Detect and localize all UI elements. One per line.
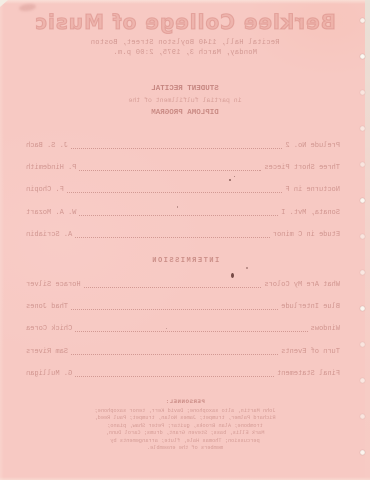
punch-hole xyxy=(360,306,365,311)
ink-speck xyxy=(229,179,231,181)
program-first-half: Prelude No. 2J. S. BachThree Short Piece… xyxy=(26,141,340,252)
program-row: WindowsChick Corea xyxy=(26,324,340,333)
punch-hole xyxy=(360,162,365,167)
program-second-half: What Are My ColorsHorace SilverBlue Inte… xyxy=(26,280,340,391)
personnel-line: percussion; Thomas Hale, flute; arrangem… xyxy=(70,438,300,445)
program-row: Etude in C minorA. Scriabin xyxy=(26,230,340,239)
personnel-line: John Martin, alto saxophone; David Kerr,… xyxy=(70,408,300,415)
punch-hole xyxy=(360,126,365,131)
punch-hole xyxy=(360,342,365,347)
ink-speck xyxy=(177,206,178,208)
punch-hole xyxy=(360,270,365,275)
program-row: Three Short PiecesP. Hindemith xyxy=(26,163,340,172)
piece-label: Three Short Pieces xyxy=(264,164,340,172)
dotted-leader xyxy=(75,376,274,377)
recital-header-line3: DIPLOMA PROGRAM xyxy=(0,109,370,117)
program-row: Blue InterludeThad Jones xyxy=(26,302,340,311)
personnel-heading: PERSONNEL: xyxy=(70,398,300,405)
program-row: Nocturne in FF. Chopin xyxy=(26,185,340,194)
piece-label: Blue Interlude xyxy=(281,303,340,311)
composer-label: W. A. Mozart xyxy=(26,209,76,217)
dotted-leader xyxy=(67,192,283,193)
punch-hole xyxy=(360,90,365,95)
dotted-leader xyxy=(71,148,282,149)
program-row: Final StatementG. Mulligan xyxy=(26,369,340,378)
punch-hole xyxy=(360,378,365,383)
punch-hole xyxy=(360,450,365,455)
piece-label: Turn of Events xyxy=(281,348,340,356)
ink-speck xyxy=(231,273,234,278)
program-row: Sonata, Mvt. IW. A. Mozart xyxy=(26,208,340,217)
punch-hole xyxy=(360,18,365,23)
piece-label: Prelude No. 2 xyxy=(285,142,340,150)
dotted-leader xyxy=(75,237,270,238)
program-row: What Are My ColorsHorace Silver xyxy=(26,280,340,289)
composer-label: A. Scriabin xyxy=(26,231,72,239)
ink-speck xyxy=(166,328,167,329)
mirrored-bleed-through-layer: Berklee College of Music Recital Hall, 1… xyxy=(0,0,370,480)
ink-speck xyxy=(246,267,248,269)
program-row: Turn of EventsSam Rivers xyxy=(26,347,340,356)
dotted-leader xyxy=(71,309,278,310)
personnel-block: PERSONNEL: John Martin, alto saxophone; … xyxy=(70,398,300,452)
personnel-line: Richard Palmer, trumpet; James Nolan, tr… xyxy=(70,415,300,422)
recital-header-line1: STUDENT RECITAL xyxy=(0,85,370,93)
punch-hole xyxy=(360,234,365,239)
punch-hole xyxy=(360,414,365,419)
dotted-leader xyxy=(79,170,261,171)
piece-label: Sonata, Mvt. I xyxy=(281,209,340,217)
college-title: Berklee College of Music xyxy=(0,10,370,34)
punch-hole xyxy=(360,54,365,59)
scanner-edge-strip xyxy=(365,0,370,480)
composer-label: P. Hindemith xyxy=(26,164,76,172)
personnel-line: trombone; Alan Brooks, guitar; Peter Sha… xyxy=(70,423,300,430)
address-line: Recital Hall, 1140 Boylston Street, Bost… xyxy=(0,39,370,47)
program-row: Prelude No. 2J. S. Bach xyxy=(26,141,340,150)
composer-label: Horace Silver xyxy=(26,281,81,289)
piece-label: Nocturne in F xyxy=(285,186,340,194)
personnel-lines: John Martin, alto saxophone; David Kerr,… xyxy=(70,408,300,452)
dotted-leader xyxy=(79,215,278,216)
piece-label: What Are My Colors xyxy=(264,281,340,289)
dotted-leader xyxy=(71,354,278,355)
piece-label: Etude in C minor xyxy=(273,231,340,239)
composer-label: Chick Corea xyxy=(26,325,72,333)
composer-label: G. Mulligan xyxy=(26,370,72,378)
composer-label: F. Chopin xyxy=(26,186,64,194)
composer-label: Sam Rivers xyxy=(26,348,68,356)
dotted-leader xyxy=(75,331,307,332)
piece-label: Final Statement xyxy=(277,370,340,378)
scanned-page: Berklee College of Music Recital Hall, 1… xyxy=(0,0,370,480)
intermission-heading: INTERMISSION xyxy=(0,257,370,265)
personnel-line: members of the ensemble. xyxy=(70,445,300,452)
personnel-line: Mark Ellis, bass; Steven Grant, drums; C… xyxy=(70,430,300,437)
dotted-leader xyxy=(84,287,262,288)
piece-label: Windows xyxy=(311,325,340,333)
datetime-line: Monday, March 3, 1975, 2:00 p.m. xyxy=(0,49,370,57)
corner-fold xyxy=(0,0,8,7)
ink-speck xyxy=(234,176,235,177)
composer-label: J. S. Bach xyxy=(26,142,68,150)
composer-label: Thad Jones xyxy=(26,303,68,311)
punch-hole xyxy=(360,198,365,203)
recital-header-line2: in partial fulfillment of the xyxy=(0,97,370,104)
